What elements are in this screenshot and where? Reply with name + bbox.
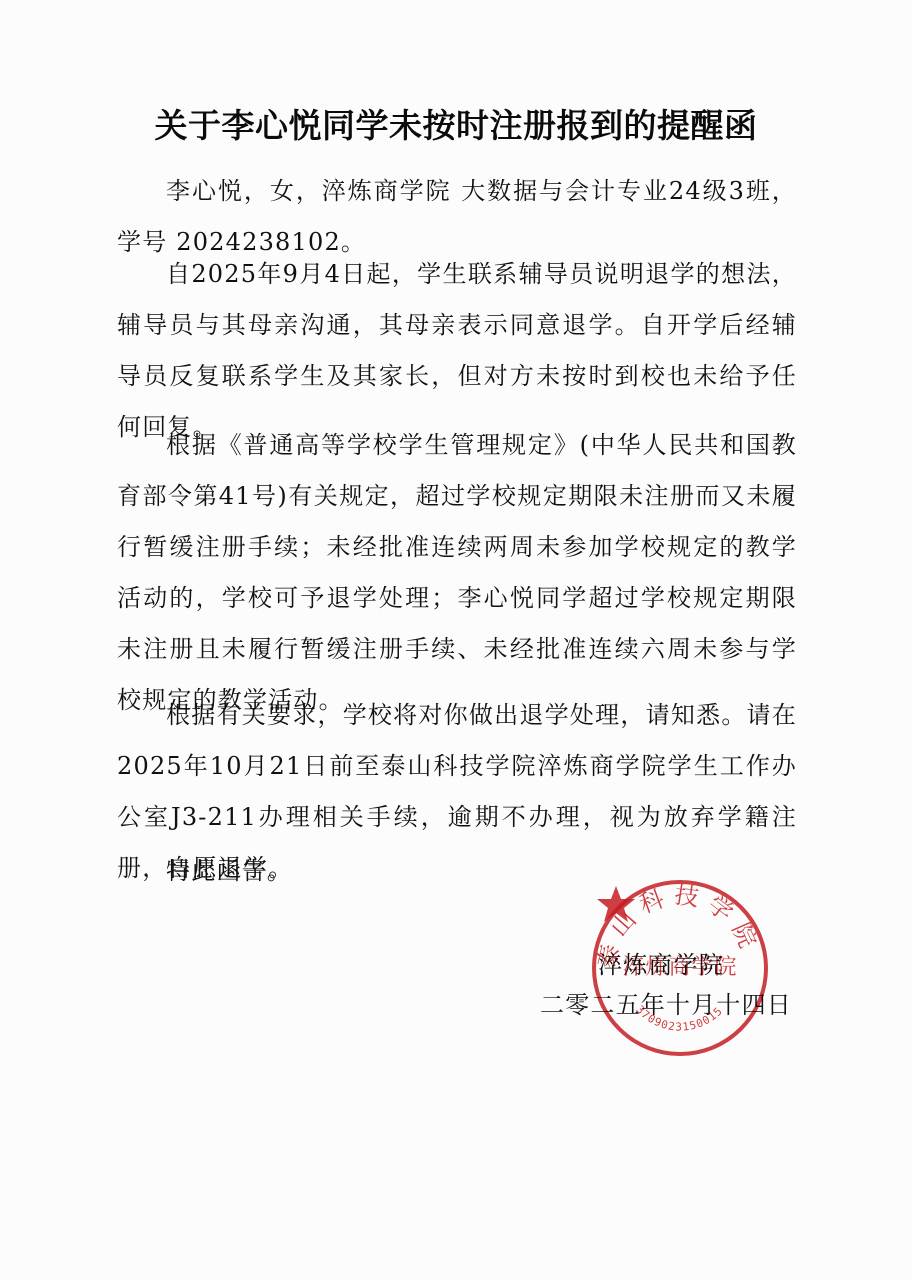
star-icon <box>596 884 636 924</box>
svg-text:3709023150015: 3709023150015 <box>633 1003 725 1034</box>
seal-code: 3709023150015 <box>633 1003 725 1034</box>
official-seal: 泰山科技学院 3709023150015 淬炼商学院 <box>592 880 768 1056</box>
seal-inner-text: 淬炼商学院 <box>596 950 764 981</box>
letter-title: 关于李心悦同学未按时注册报到的提醒函 <box>0 100 912 147</box>
paragraph-regulation: 根据《普通高等学校学生管理规定》(中华人民共和国教育部令第41号)有关规定，超过… <box>117 420 797 726</box>
letter-page: 关于李心悦同学未按时注册报到的提醒函 李心悦，女，淬炼商学院 大数据与会计专业2… <box>0 0 912 1280</box>
paragraph-text: 根据《普通高等学校学生管理规定》(中华人民共和国教育部令第41号)有关规定，超过… <box>117 420 797 726</box>
